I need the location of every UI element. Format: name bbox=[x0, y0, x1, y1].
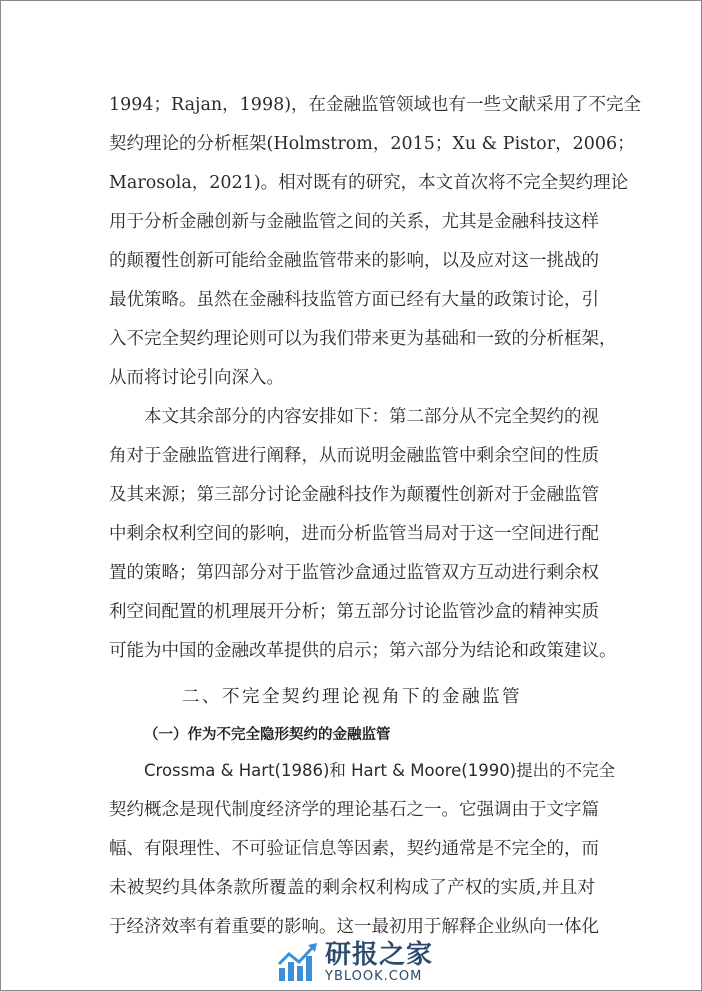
paragraph-line: 1994；Rajan，1998)，在金融监管领域也有一些文献采用了不完全 bbox=[109, 93, 595, 117]
section-heading: 二、不完全契约理论视角下的金融监管 bbox=[109, 683, 595, 708]
paragraph-line: 幅、有限理性、不可验证信息等因素，契约通常是不完全的，而 bbox=[109, 837, 595, 861]
paragraph-line: 利空间配置的机理展开分析；第五部分讨论监管沙盒的精神实质 bbox=[109, 600, 595, 624]
paragraph-line: 可能为中国的金融改革提供的启示；第六部分为结论和政策建议。 bbox=[109, 639, 595, 663]
paragraph-line: 角对于金融监管进行阐释，从而说明金融监管中剩余空间的性质 bbox=[109, 444, 595, 468]
paragraph-line: 用于分析金融创新与金融监管之间的关系，尤其是金融科技这样 bbox=[109, 210, 595, 234]
paragraph-line: 置的策略；第四部分对于监管沙盒通过监管双方互动进行剩余权 bbox=[109, 561, 595, 585]
paragraph-line: Marosola，2021)。相对既有的研究，本文首次将不完全契约理论 bbox=[109, 171, 595, 195]
paragraph-line: 的颠覆性创新可能给金融监管带来的影响，以及应对这一挑战的 bbox=[109, 249, 595, 273]
watermark-name-en: YBLOOK.COM bbox=[325, 969, 433, 984]
paragraph-line: 契约理论的分析框架(Holmstrom，2015；Xu & Pistor，200… bbox=[109, 132, 595, 156]
paragraph-line: 最优策略。虽然在金融科技监管方面已经有大量的政策讨论，引 bbox=[109, 288, 595, 312]
paragraph-line: Crossma & Hart(1986)和 Hart & Moore(1990)… bbox=[109, 759, 595, 783]
watermark-logo: 研报之家 YBLOOK.COM bbox=[277, 939, 447, 985]
subsection-heading: （一）作为不完全隐形契约的金融监管 bbox=[144, 723, 391, 744]
paragraph-line: 从而将讨论引向深入。 bbox=[109, 366, 595, 390]
document-page: 1994；Rajan，1998)，在金融监管领域也有一些文献采用了不完全 契约理… bbox=[0, 0, 702, 991]
paragraph-line: 入不完全契约理论则可以为我们带来更为基础和一致的分析框架， bbox=[109, 327, 595, 351]
watermark-name-cn: 研报之家 bbox=[325, 941, 433, 969]
paragraph-line: 中剩余权利空间的影响，进而分析监管当局对于这一空间进行配 bbox=[109, 522, 595, 546]
paragraph-line: 本文其余部分的内容安排如下：第二部分从不完全契约的视 bbox=[109, 405, 595, 429]
paragraph-line: 于经济效率有着重要的影响。这一最初用于解释企业纵向一体化 bbox=[109, 915, 595, 939]
bar-chart-rising-arrow-icon bbox=[277, 942, 319, 982]
paragraph-line: 及其来源；第三部分讨论金融科技作为颠覆性创新对于金融监管 bbox=[109, 483, 595, 507]
paragraph-line: 契约概念是现代制度经济学的理论基石之一。它强调由于文字篇 bbox=[109, 798, 595, 822]
paragraph-line: 未被契约具体条款所覆盖的剩余权利构成了产权的实质,并且对 bbox=[109, 876, 595, 900]
